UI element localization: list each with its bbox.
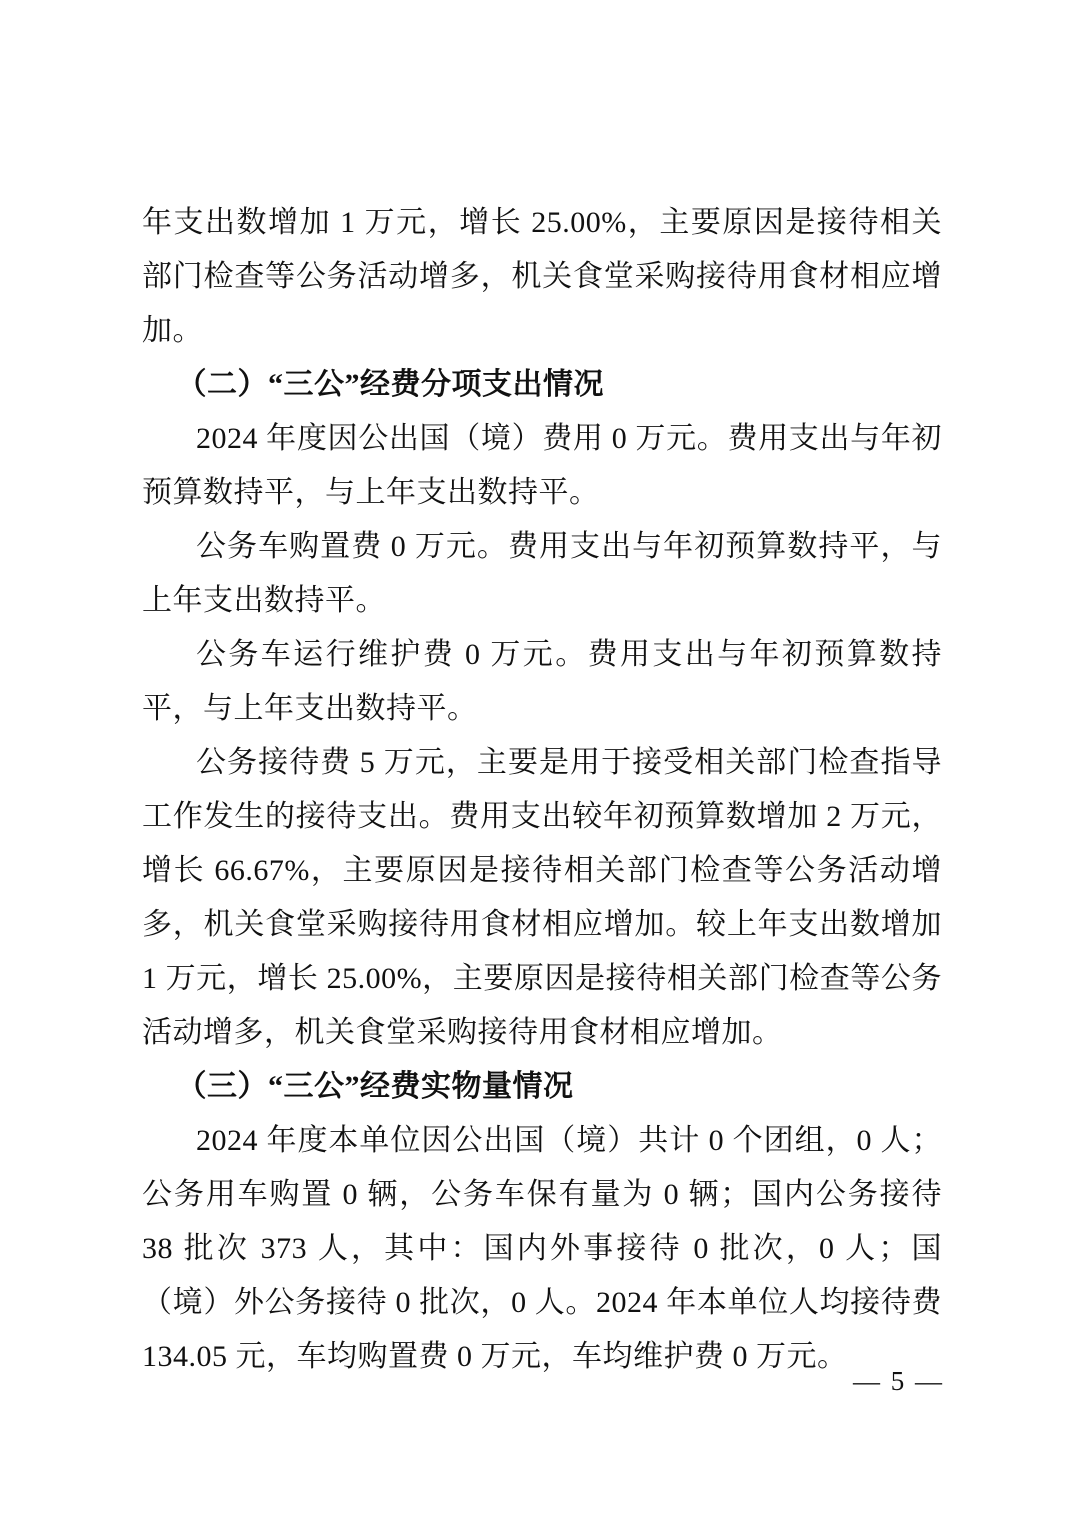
paragraph: 公务接待费 5 万元，主要是用于接受相关部门检查指导工作发生的接待支出。费用支出… <box>142 736 942 1060</box>
section-heading-2: （二）“三公”经费分项支出情况 <box>142 358 942 412</box>
section-heading-3: （三）“三公”经费实物量情况 <box>142 1060 942 1114</box>
page-footer: — 5 — <box>853 1366 944 1396</box>
document-page: 年支出数增加 1 万元，增长 25.00%，主要原因是接待相关部门检查等公务活动… <box>0 0 1074 1520</box>
paragraph: 公务车购置费 0 万元。费用支出与年初预算数持平，与上年支出数持平。 <box>142 520 942 628</box>
paragraph: 2024 年度因公出国（境）费用 0 万元。费用支出与年初预算数持平，与上年支出… <box>142 412 942 520</box>
paragraph-continuation: 年支出数增加 1 万元，增长 25.00%，主要原因是接待相关部门检查等公务活动… <box>142 196 942 358</box>
page-number: — 5 — <box>853 1366 944 1396</box>
document-body: 年支出数增加 1 万元，增长 25.00%，主要原因是接待相关部门检查等公务活动… <box>142 196 942 1384</box>
paragraph: 2024 年度本单位因公出国（境）共计 0 个团组，0 人；公务用车购置 0 辆… <box>142 1114 942 1384</box>
paragraph: 公务车运行维护费 0 万元。费用支出与年初预算数持平，与上年支出数持平。 <box>142 628 942 736</box>
